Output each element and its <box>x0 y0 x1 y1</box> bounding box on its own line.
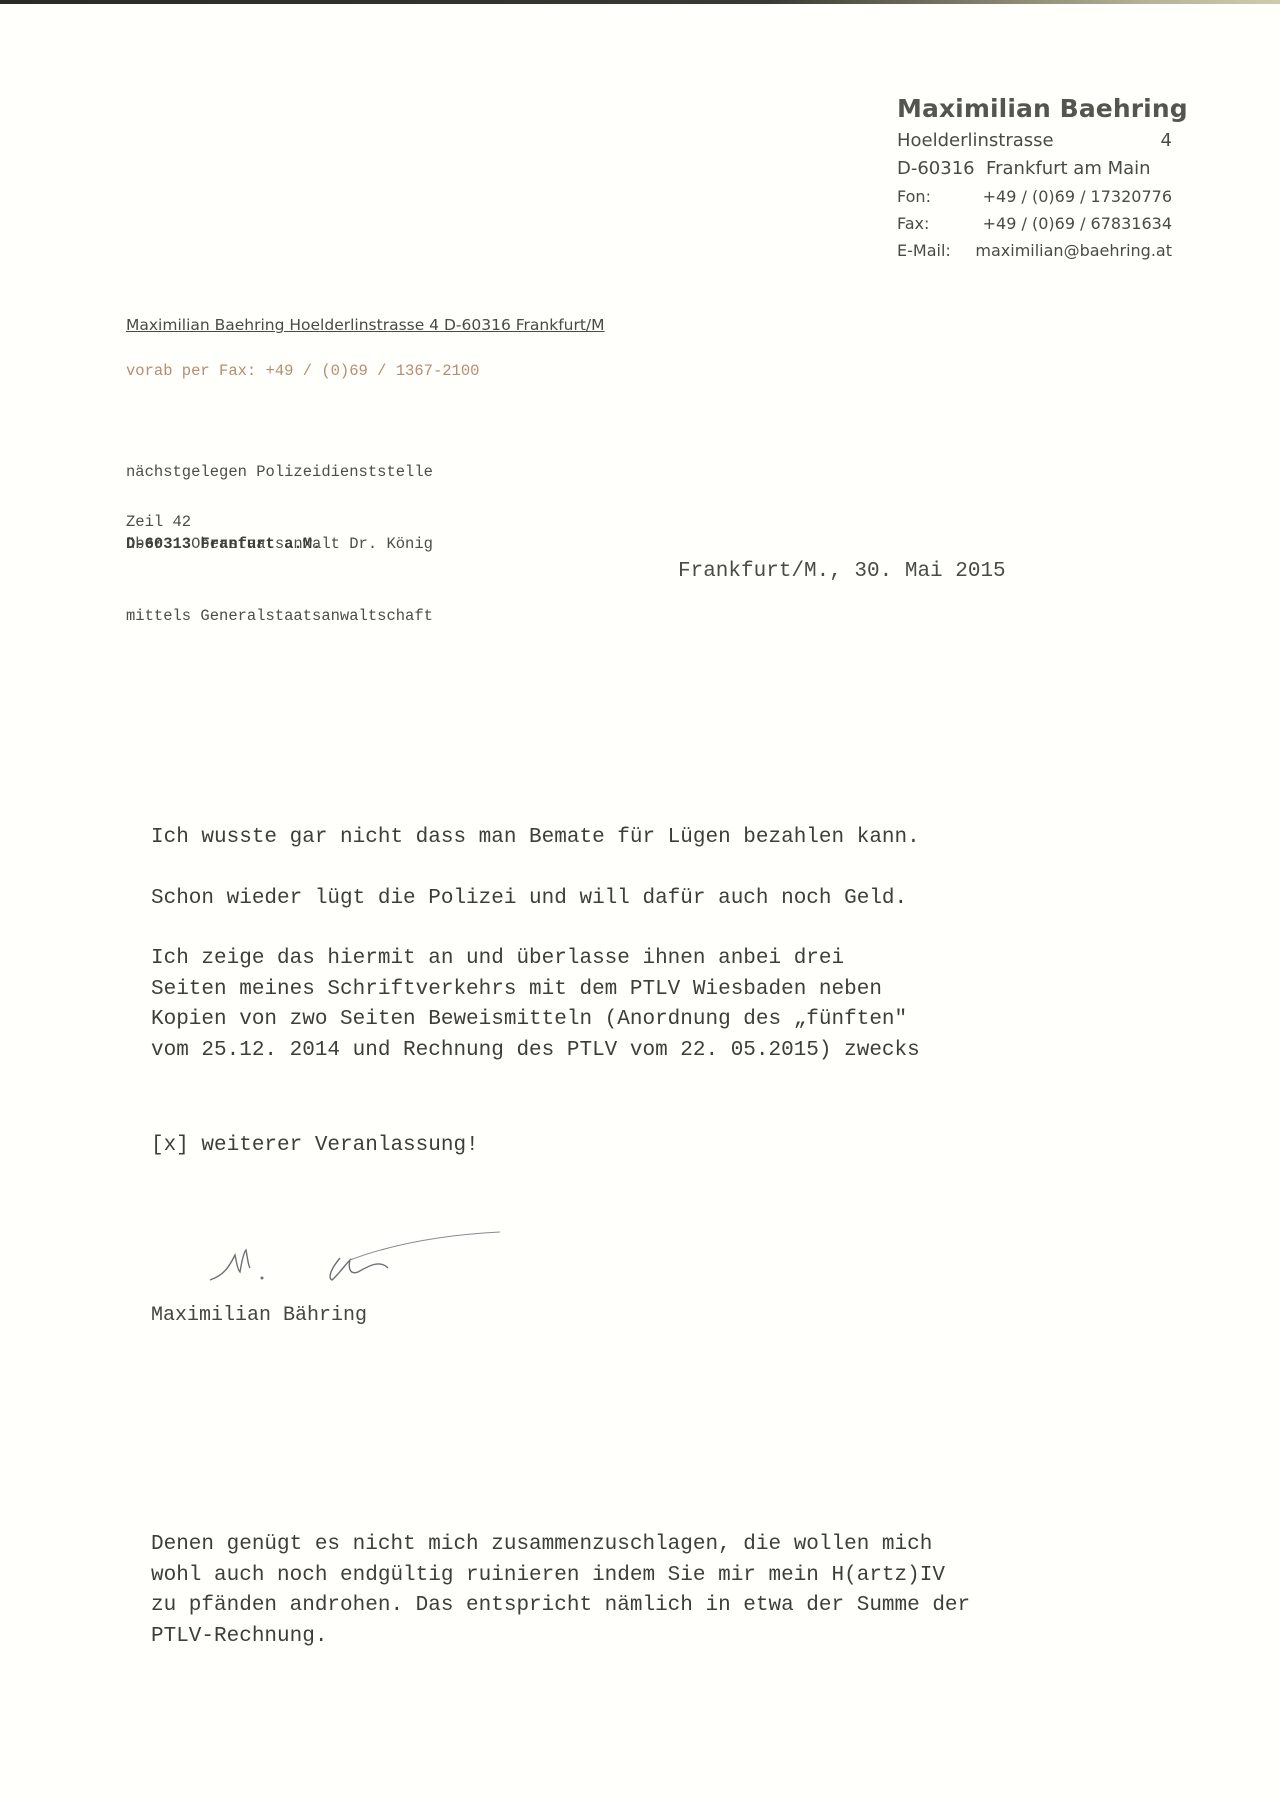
paragraph-line: PTLV-Rechnung. <box>151 1622 970 1653</box>
checkbox-line: [x] weiterer Veranlassung! <box>151 1131 479 1162</box>
paragraph-3: Ich zeige das hiermit an und überlasse i… <box>151 944 920 1066</box>
city-line: D-60316 Frankfurt am Main <box>897 158 1151 179</box>
contact-label: E-Mail: <box>897 241 967 260</box>
contact-phone: Fon: +49 / (0)69 / 17320776 <box>897 187 1172 206</box>
letterhead-street: Hoelderlinstrasse 4 <box>897 130 1172 151</box>
fax-number: +49 / (0)69 / 67831634 <box>983 214 1172 233</box>
email-address: maximilian@baehring.at <box>975 241 1172 260</box>
letterhead-city: D-60316 Frankfurt am Main <box>897 158 1172 179</box>
recipient-line: mittels Generalstaatsanwaltschaft <box>126 604 433 628</box>
contact-label: Fax: <box>897 214 967 233</box>
letterhead-name: Maximilian Baehring <box>897 94 1172 123</box>
contact-email: E-Mail: maximilian@baehring.at <box>897 241 1172 260</box>
street-name: Hoelderlinstrasse <box>897 130 1054 151</box>
paragraph-line: Denen genügt es nicht mich zusammenzusch… <box>151 1530 970 1561</box>
signature-icon <box>200 1220 520 1300</box>
recipient-line: nächstgelegen Polizeidienststelle <box>126 460 433 484</box>
contact-label: Fon: <box>897 187 967 206</box>
paragraph-line: Seiten meines Schriftverkehrs mit dem PT… <box>151 975 920 1006</box>
scan-edge <box>0 0 1280 4</box>
letterhead: Maximilian Baehring Hoelderlinstrasse 4 … <box>897 94 1172 260</box>
paragraph-2: Schon wieder lügt die Polizei und will d… <box>151 884 907 915</box>
place-date: Frankfurt/M., 30. Mai 2015 <box>678 560 1006 583</box>
sender-return-address: Maximilian Baehring Hoelderlinstrasse 4 … <box>126 316 605 334</box>
paragraph-4: Denen genügt es nicht mich zusammenzusch… <box>151 1530 970 1652</box>
paragraph-line: zu pfänden androhen. Das entspricht näml… <box>151 1591 970 1622</box>
paragraph-line: vom 25.12. 2014 und Rechnung des PTLV vo… <box>151 1036 920 1067</box>
recipient-street: Zeil 42 <box>126 510 191 534</box>
contact-fax: Fax: +49 / (0)69 / 67831634 <box>897 214 1172 233</box>
paragraph-1: Ich wusste gar nicht dass man Bemate für… <box>151 823 920 854</box>
recipient-city: D-60313 Franfurt a.M. <box>126 535 321 553</box>
paragraph-line: wohl auch noch endgültig ruinieren indem… <box>151 1561 970 1592</box>
paragraph-line: Ich zeige das hiermit an und überlasse i… <box>151 944 920 975</box>
paragraph-line: Kopien von zwo Seiten Beweismitteln (Ano… <box>151 1005 920 1036</box>
house-number: 4 <box>1161 130 1172 151</box>
phone-number: +49 / (0)69 / 17320776 <box>983 187 1172 206</box>
fax-notice: vorab per Fax: +49 / (0)69 / 1367-2100 <box>126 362 479 380</box>
signer-name: Maximilian Bähring <box>151 1304 367 1327</box>
